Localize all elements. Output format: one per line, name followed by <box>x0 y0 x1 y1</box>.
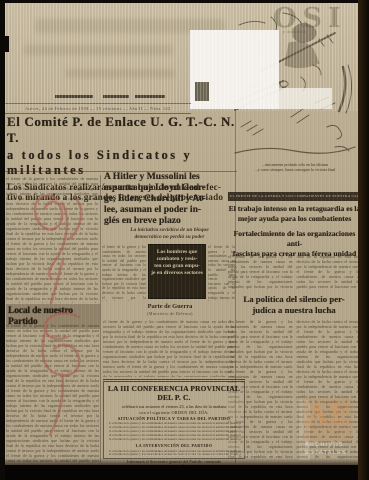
scan-border-left-tab <box>0 36 9 52</box>
archive-watermark-logo: AE ARCHIVOS ESTATALES <box>299 398 357 468</box>
scan-border-top <box>0 0 369 3</box>
logo-initials: AE <box>307 400 351 431</box>
logo-text-estatales: ESTATALES <box>305 450 347 456</box>
scan-border-left <box>0 0 5 480</box>
logo-text-archivos: ARCHIVOS <box>305 442 344 448</box>
newspaper-page: OSI y actualida <box>5 3 359 465</box>
scanline-streaks-overlay <box>5 3 359 465</box>
newspaper-scan: OSI y actualida <box>0 0 369 480</box>
scan-border-right <box>358 0 369 480</box>
